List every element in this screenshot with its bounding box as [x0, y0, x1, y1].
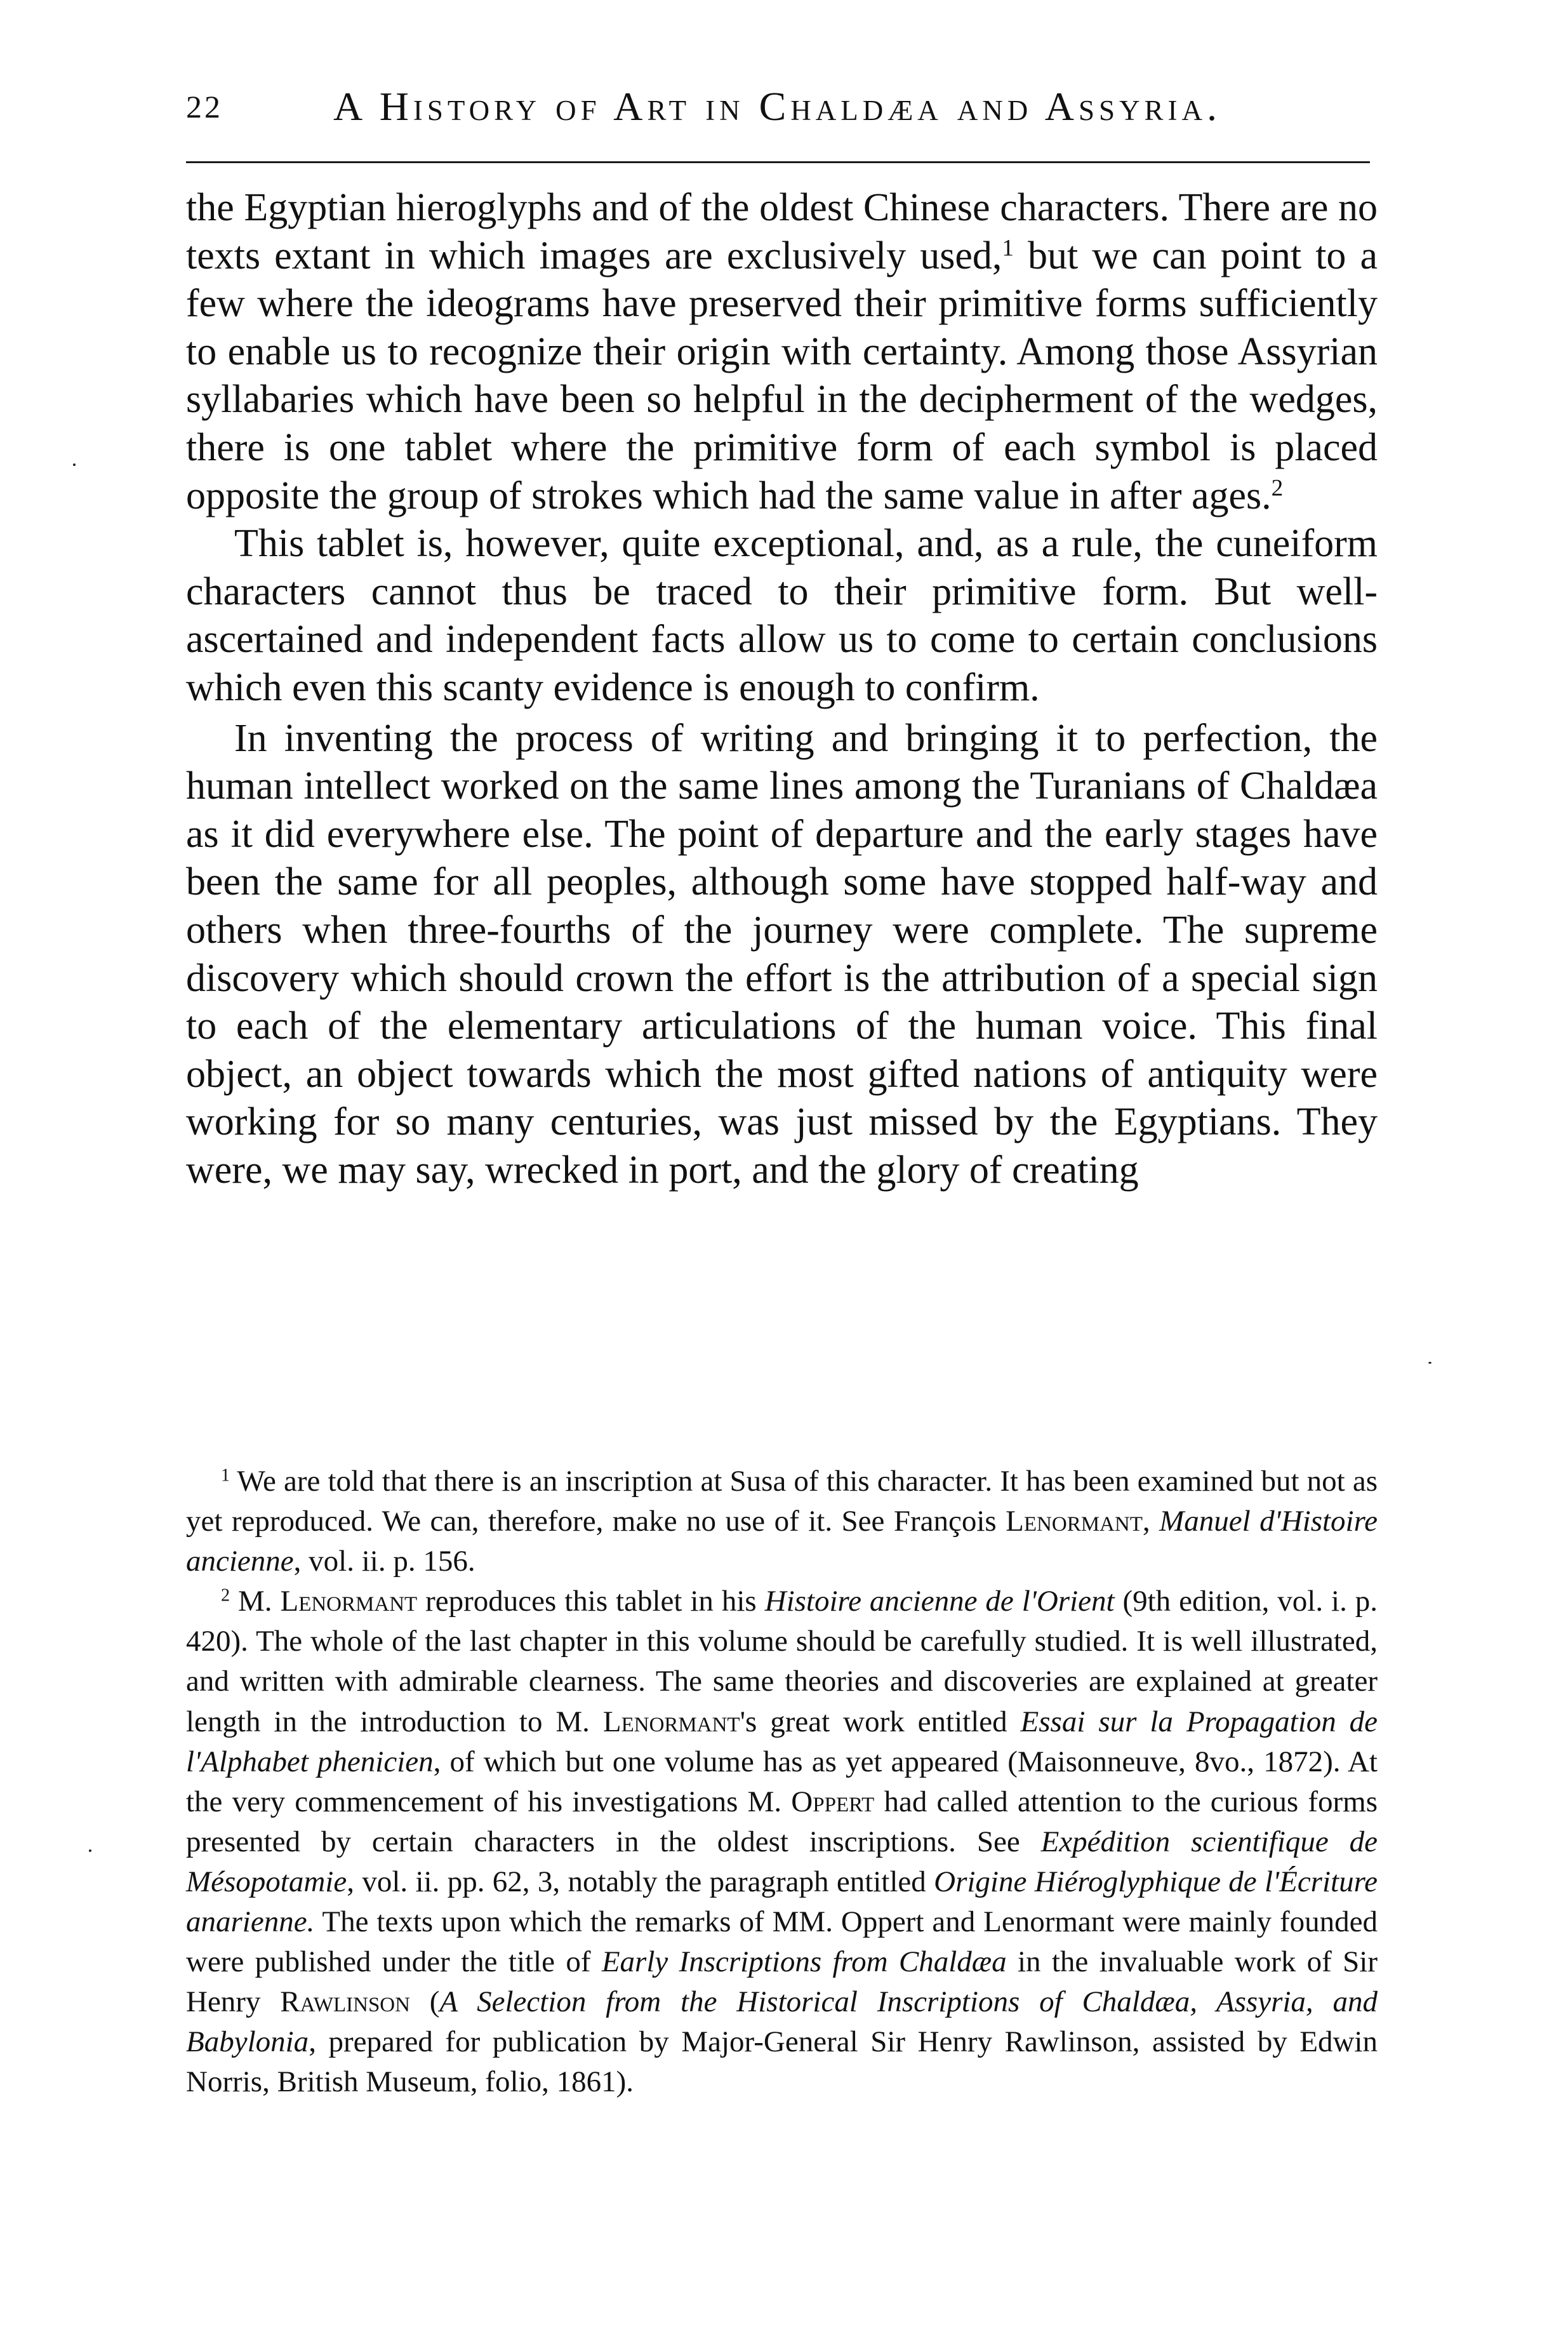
text-run: , vol. ii. pp. 62, 3, notably the paragr…	[347, 1865, 934, 1898]
paragraph: This tablet is, however, quite exception…	[186, 520, 1378, 712]
small-caps-name: Lenormant	[280, 1585, 417, 1618]
scan-speck	[73, 463, 76, 466]
footnote-reference: 1	[1002, 235, 1014, 261]
footnote-marker: 2	[221, 1586, 230, 1606]
body-text: the Egyptian hieroglyphs and of the olde…	[186, 184, 1378, 1194]
text-run: 's great work entitled	[740, 1705, 1021, 1738]
small-caps-name: Oppert	[791, 1785, 874, 1818]
footnotes: 1 We are told that there is an inscripti…	[186, 1462, 1378, 2103]
footnote-marker: 1	[221, 1466, 230, 1486]
page-number: 22	[186, 81, 223, 132]
text-run: , prepared for publication by Major-Gene…	[186, 2025, 1378, 2098]
small-caps-name: Rawlinson	[280, 1985, 410, 2018]
italic-title: Histoire ancienne de l'Orient	[765, 1585, 1115, 1618]
running-head-title: A History of Art in Chaldæa and Assyria.	[333, 81, 1221, 132]
small-caps-name: Lenormant	[603, 1705, 740, 1738]
footnote: 2 M. Lenormant reproduces this tablet in…	[186, 1582, 1378, 2102]
text-run: (	[410, 1985, 439, 2018]
footnote-reference: 2	[1272, 475, 1284, 501]
text-run: reproduces this tablet in his	[417, 1585, 764, 1618]
text-run: ,	[1143, 1505, 1159, 1538]
text-run: This tablet is, however, quite exception…	[186, 522, 1378, 709]
small-caps-name: Lenormant	[1006, 1505, 1143, 1538]
scan-speck	[1428, 1362, 1432, 1364]
running-head: 22 A History of Art in Chaldæa and Assyr…	[186, 81, 1378, 132]
text-run: , vol. ii. p. 156.	[294, 1545, 475, 1578]
header-rule	[186, 161, 1370, 163]
text-run: M.	[238, 1585, 280, 1618]
italic-title: Early Inscriptions from Chaldæa	[602, 1945, 1007, 1978]
scan-speck	[89, 1849, 91, 1852]
book-page: 22 A History of Art in Chaldæa and Assyr…	[0, 0, 1568, 2344]
paragraph: In inventing the process of writing and …	[186, 715, 1378, 1195]
paragraph: the Egyptian hieroglyphs and of the olde…	[186, 184, 1378, 520]
text-run: In inventing the process of writing and …	[186, 717, 1378, 1192]
footnote: 1 We are told that there is an inscripti…	[186, 1462, 1378, 1582]
